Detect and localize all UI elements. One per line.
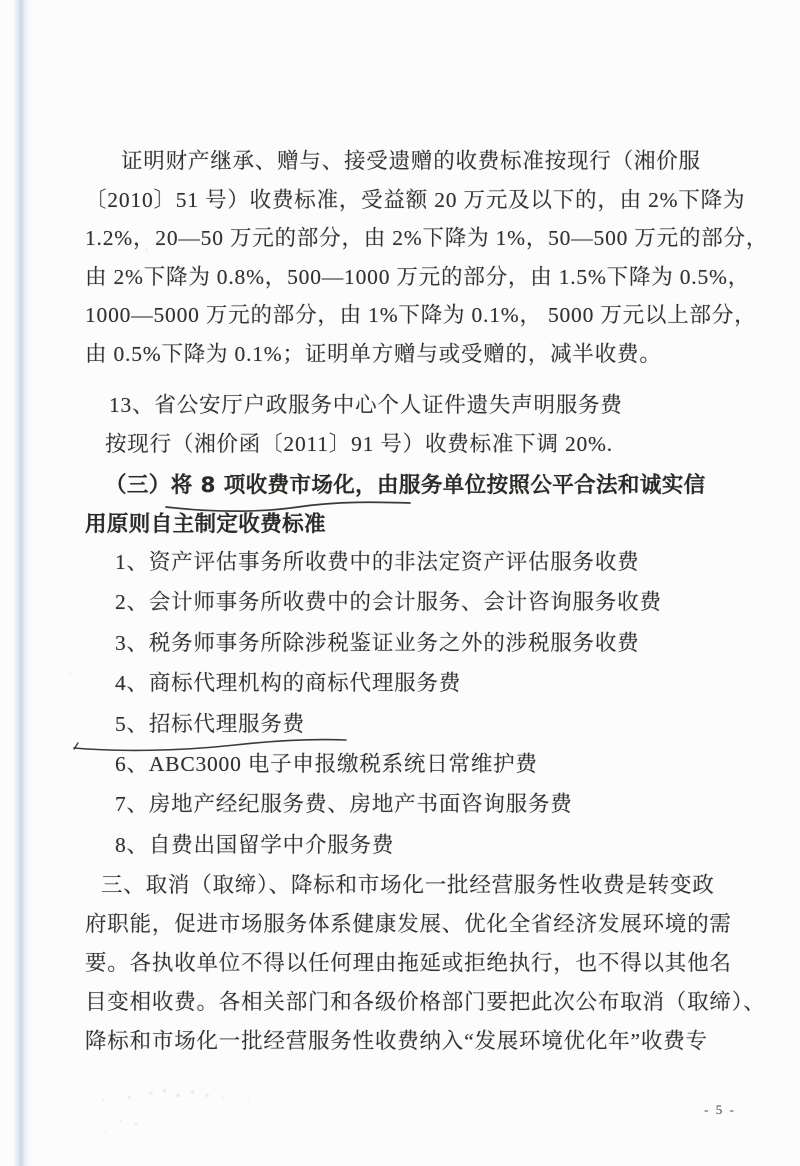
list-item: 7、房地产经纪服务费、房地产书面咨询服务费 [85,784,755,824]
list-item: 6、ABC3000 电子申报缴税系统日常维护费 [85,744,755,784]
paragraph-three: 三、取消（取缔）、降标和市场化一批经营服务性收费是转变政 府职能，促进市场服务体… [85,866,755,1061]
scanned-document-page: 证明财产继承、赠与、接受遗赠的收费标准按现行（湘价服 〔2010〕51 号）收费… [0,0,800,1166]
body-line: 降标和市场化一批经营服务性收费纳入“发展环境优化年”收费专 [85,1022,755,1061]
heading-line: 用原则自主制定收费标准 [85,505,755,544]
body-line: 要。各执收单位不得以任何理由拖延或拒绝执行，也不得以其他名 [85,944,755,983]
body-line: 府职能，促进市场服务体系健康发展、优化全省经济发展环境的需 [85,905,755,944]
page-number: - 5 - [694,1102,746,1118]
list-item: 1、资产评估事务所收费中的非法定资产评估服务收费 [85,542,755,582]
body-line: 1000—5000 万元的部分，由 1%下降为 0.1%， 5000 万元以上部… [85,296,755,335]
body-line: 按现行（湘价函〔2011〕91 号）收费标准下调 20%. [85,425,755,464]
list-item: 5、招标代理服务费 [85,704,755,744]
body-line: 由 0.5%下降为 0.1%；证明单方赠与或受赠的，减半收费。 [85,335,755,374]
body-line: 三、取消（取缔）、降标和市场化一批经营服务性收费是转变政 [85,866,755,905]
section-3-heading: （三）将 8 项收费市场化，由服务单位按照公平合法和诚实信 用原则自主制定收费标… [85,466,755,544]
body-line: 目变相收费。各相关部门和各级价格部门要把此次公布取消（取缔）、 [85,983,755,1022]
body-line: 证明财产继承、赠与、接受遗赠的收费标准按现行（湘价服 [85,142,755,181]
paragraph-inheritance-fees: 证明财产继承、赠与、接受遗赠的收费标准按现行（湘价服 〔2010〕51 号）收费… [85,142,755,374]
heading-line: （三）将 8 项收费市场化，由服务单位按照公平合法和诚实信 [85,466,755,505]
market-fee-list: 1、资产评估事务所收费中的非法定资产评估服务收费 2、会计师事务所收费中的会计服… [85,542,755,865]
list-item: 2、会计师事务所收费中的会计服务、会计咨询服务收费 [85,582,755,622]
body-line: 由 2%下降为 0.8%，500—1000 万元的部分，由 1.5%下降为 0.… [85,258,755,297]
list-item: 8、自费出国留学中介服务费 [85,825,755,865]
body-line: 〔2010〕51 号）收费标准，受益额 20 万元及以下的，由 2%下降为 [85,181,755,220]
item-13: 13、省公安厅户政服务中心个人证件遗失声明服务费 按现行（湘价函〔2011〕91… [85,386,755,464]
list-item: 4、商标代理机构的商标代理服务费 [85,663,755,703]
body-line: 1.2%，20—50 万元的部分，由 2%下降为 1%，50—500 万元的部分… [85,219,755,258]
body-line: 13、省公安厅户政服务中心个人证件遗失声明服务费 [85,386,755,425]
scan-edge-artifact [13,0,35,1166]
list-item: 3、税务师事务所除涉税鉴证业务之外的涉税服务收费 [85,623,755,663]
